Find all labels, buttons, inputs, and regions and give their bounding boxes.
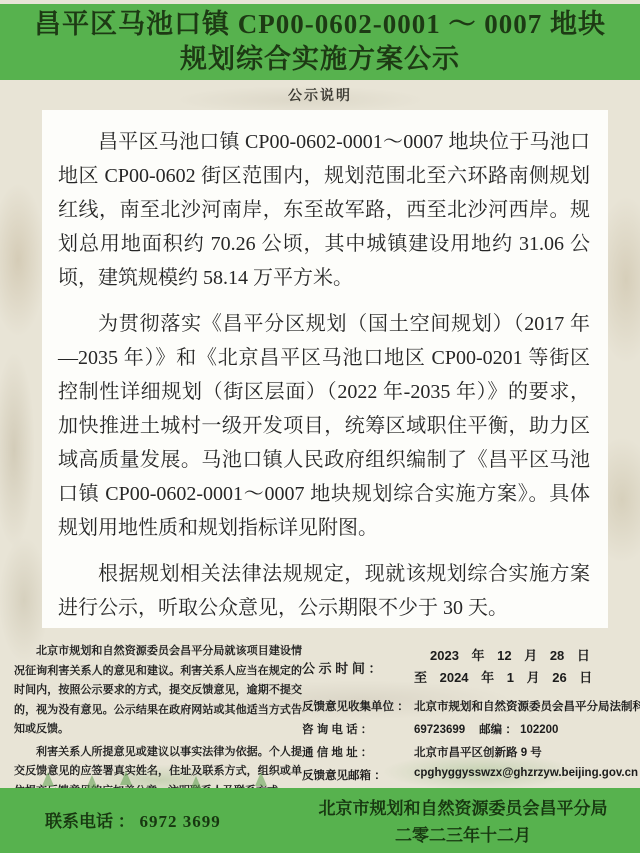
body-paragraph-1: 昌平区马池口镇 CP00-0602-0001～0007 地块位于马池口地区 CP…: [58, 125, 590, 295]
contact-phone: 联系电话 ： 6972 3699: [45, 807, 221, 832]
collect-unit-row: 反馈意见收集单位 ：北京市规划和自然资源委员会昌平分局法制科: [302, 698, 634, 714]
footer-banner: 联系电话 ： 6972 3699 北京市规划和自然资源委员会昌平分局 二零二三年…: [0, 788, 640, 853]
announcement-body: 昌平区马池口镇 CP00-0602-0001～0007 地块位于马池口地区 CP…: [42, 110, 608, 628]
contact-phone-value: 6972 3699: [139, 812, 220, 831]
inquiry-phone-row: 咨 询 电 话 ：69723699邮编 ： 102200: [302, 721, 634, 737]
contact-phone-label: 联系电话 ：: [45, 812, 135, 831]
tree-decoration: [86, 775, 98, 789]
feedback-email-row: 反馈意见邮箱 ：cpghyggysswzx@ghzrzyw.beijing.go…: [302, 767, 634, 783]
contact-info-block: 公 示 时 间 ： 2023 年 12 月 28 日 至 2024 年 1 月 …: [302, 645, 634, 790]
announcement-poster: 昌平区马池口镇 CP00-0602-0001 ～ 0007 地块 规划综合实施方…: [0, 0, 640, 853]
feedback-email-label: 反馈意见邮箱 ：: [302, 767, 414, 783]
zip-label: 邮编 ：: [479, 724, 517, 736]
page-title-line1: 昌平区马池口镇 CP00-0602-0001 ～ 0007 地块: [0, 7, 640, 42]
inquiry-phone-value: 69723699: [414, 724, 465, 736]
body-paragraph-2: 为贯彻落实《昌平分区规划（国土空间规划）（2017 年—2035 年）》和《北京…: [58, 307, 590, 545]
publicity-period-row: 公 示 时 间 ： 2023 年 12 月 28 日 至 2024 年 1 月 …: [302, 645, 634, 689]
inquiry-phone-label: 咨 询 电 话 ：: [302, 721, 414, 737]
issuing-org-name: 北京市规划和自然资源委员会昌平分局: [308, 795, 618, 822]
mail-address-row: 通 信 地 址 ：北京市昌平区创新路 9 号: [302, 744, 634, 760]
section-label: 公示说明: [0, 85, 640, 105]
tree-decoration: [255, 772, 267, 786]
publicity-period-dates: 2023 年 12 月 28 日 至 2024 年 1 月 26 日: [414, 645, 592, 689]
collect-unit-value: 北京市规划和自然资源委员会昌平分局法制科: [414, 701, 640, 713]
tree-decoration: [42, 772, 54, 786]
title-banner: 昌平区马池口镇 CP00-0602-0001 ～ 0007 地块 规划综合实施方…: [0, 4, 640, 80]
issuing-date: 二零二三年十二月: [308, 822, 618, 849]
issuing-org-block: 北京市规划和自然资源委员会昌平分局 二零二三年十二月: [308, 795, 618, 849]
mail-address-label: 通 信 地 址 ：: [302, 744, 414, 760]
collect-unit-label: 反馈意见收集单位 ：: [302, 698, 414, 714]
mail-address-value: 北京市昌平区创新路 9 号: [414, 747, 542, 759]
tree-decoration: [120, 771, 132, 785]
publicity-end-date: 至 2024 年 1 月 26 日: [414, 667, 592, 689]
zip-value: 102200: [520, 724, 558, 736]
body-paragraph-3: 根据规划相关法律法规规定，现就该规划综合实施方案进行公示，听取公众意见，公示期限…: [58, 557, 590, 625]
feedback-email-value: cpghyggysswzx@ghzrzyw.beijing.gov.cn: [414, 767, 638, 779]
notice-paragraph-1: 北京市规划和自然资源委员会昌平分局就该项目建设情况征询利害关系人的意见和建议。利…: [14, 642, 302, 740]
publicity-period-label: 公 示 时 间 ：: [302, 658, 414, 677]
page-title-line2: 规划综合实施方案公示: [0, 42, 640, 77]
publicity-start-date: 2023 年 12 月 28 日: [414, 645, 592, 667]
